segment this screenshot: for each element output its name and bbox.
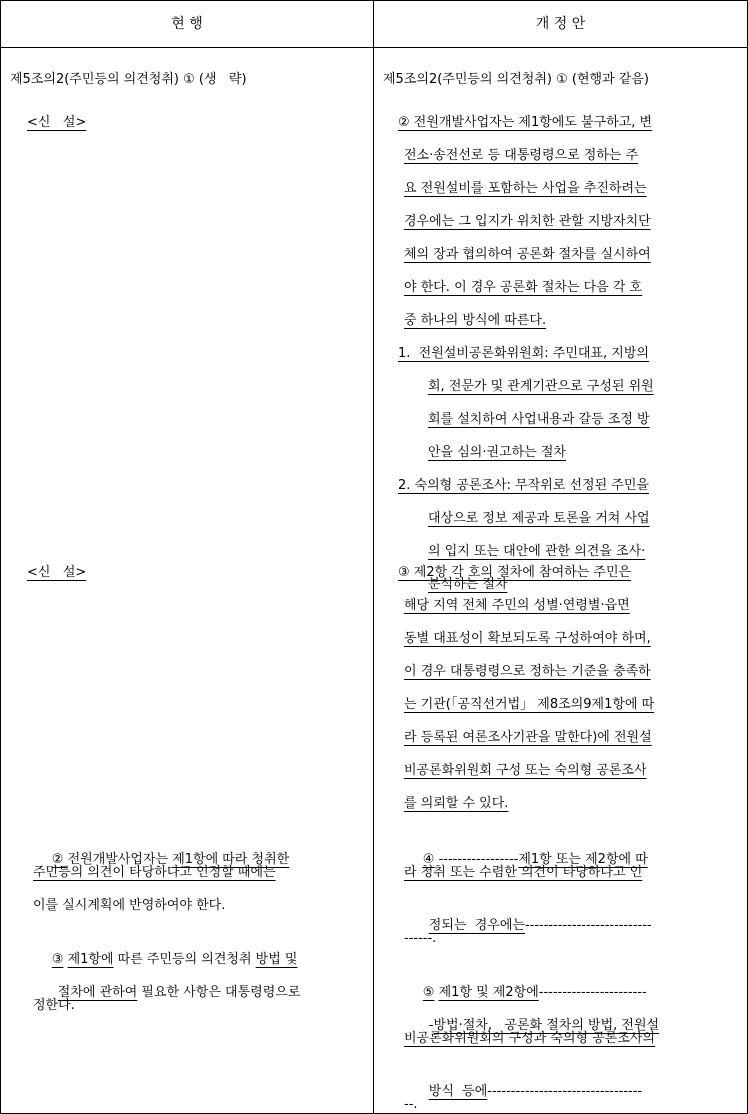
proposed-article-title: 제5조의2(주민등의 의견청취) ① (현행과 같음) <box>383 70 649 90</box>
proposed-para2-line: ② 전원개발사업자는 제1항에도 불구하고, 변 <box>398 113 652 133</box>
proposed-para5-line5: --. <box>404 1095 418 1114</box>
proposed-para4-line3: 정되는 경우에는--------------------------- <box>404 896 652 916</box>
comparison-table: 현 행 개 정 안 제5조의2(주민등의 의견청취) ① (생 략) <신 설>… <box>0 0 748 1114</box>
proposed-item2-line: 대상으로 정보 제공과 토론을 거쳐 사업 <box>428 509 650 529</box>
proposed-para3-line: 는 기관(「공직선거법」 제8조의9제1항에 따 <box>404 695 654 715</box>
column-divider <box>373 1 374 1113</box>
proposed-item1-line: 회를 설치하여 사업내용과 갈등 조정 방 <box>428 410 650 430</box>
changed-text: 정되는 경우에는 <box>429 918 525 933</box>
proposed-item1-line: 1. 전원설비공론화위원회: 주민대표, 지방의 <box>398 344 649 364</box>
current-para3-line1: ③ 제1항에 따른 주민등의 의견청취 방법 및 <box>27 930 297 950</box>
proposed-para2-line: 야 한다. 이 경우 공론화 절차는 다음 각 호 <box>404 278 642 298</box>
header-proposed: 개 정 안 <box>374 1 747 47</box>
current-para3-line3: 정한다. <box>33 996 75 1016</box>
current-para2-line2: 주민등의 의견이 타당하다고 인정할 때에는 <box>33 863 276 883</box>
proposed-para2-line: 중 하나의 방식에 따른다. <box>404 311 546 331</box>
proposed-item1-line: 회, 전문가 및 관계기관으로 구성된 위원 <box>428 377 654 397</box>
proposed-para4-line1: ④ -----------------제1항 또는 제2항에 따 <box>398 830 648 850</box>
current-para3-line2: 절차에 관하여 필요한 사항은 대통령령으로 <box>33 963 300 983</box>
proposed-para2-line: 요 전원설비를 포함하는 사업을 추진하려는 <box>404 179 647 199</box>
unchanged-dashes: --------------------------------- <box>487 1084 642 1099</box>
current-para2-line1: ② 전원개발사업자는 제1항에 따라 청취한 <box>27 830 365 850</box>
proposed-para5-line3: 비공론화위원회의 구성과 숙의형 공론조사의 <box>404 1029 655 1049</box>
proposed-para3-line: ③ 제2항 각 호의 절차에 참여하는 주민은 <box>398 563 631 583</box>
proposed-item2-line: 2. 숙의형 공론조사: 무작위로 선정된 주민을 <box>398 476 649 496</box>
proposed-para4-line2: 라 청취 또는 수렴한 의견이 타당하다고 인 <box>404 863 642 883</box>
proposed-item1-line: 안을 심의·권고하는 절차 <box>428 443 566 463</box>
proposed-para3-line: 이 경우 대통령령으로 정하는 기준을 충족하 <box>404 662 651 682</box>
proposed-item2-line: 의 입지 또는 대안에 관한 의견을 조사· <box>428 542 645 562</box>
table-header: 현 행 개 정 안 <box>1 1 747 48</box>
new-marker: <신 설> <box>27 563 86 583</box>
new-marker: <신 설> <box>27 113 86 133</box>
proposed-para2-line: 경우에는 그 입지가 위치한 관할 지방자치단 <box>404 212 651 232</box>
current-article-title: 제5조의2(주민등의 의견청취) ① (생 략) <box>10 70 247 90</box>
text: 필요한 사항은 대통령령으로 <box>137 985 300 1000</box>
proposed-para3-line: 동별 대표성이 확보되도록 구성하여야 하며, <box>404 629 651 649</box>
unchanged-dashes: --------------------------- <box>525 918 652 933</box>
proposed-para5-line2: -방법·절차, 공론화 절차의 방법, 전원설 <box>404 996 659 1016</box>
header-current: 현 행 <box>1 1 373 47</box>
proposed-para3-line: 비공론화위원회 구성 또는 숙의형 공론조사 <box>404 761 647 781</box>
changed-text: 방식 등에 <box>429 1084 488 1099</box>
proposed-para5-line1: ⑤ 제1항 및 제2항에----------------------- <box>398 963 647 983</box>
proposed-para2-line: 체의 장과 협의하여 공론화 절차를 실시하여 <box>404 245 651 265</box>
current-para2-line3: 이를 실시계획에 반영하여야 한다. <box>33 896 225 916</box>
proposed-para5-line4: 방식 등에--------------------------------- <box>404 1062 642 1082</box>
proposed-para2-line: 전소·송전선로 등 대통령령으로 정하는 주 <box>404 146 638 166</box>
proposed-para3-line: 해당 지역 전체 주민의 성별·연령별·읍면 <box>404 596 630 616</box>
proposed-para4-line4: ------. <box>404 929 436 949</box>
proposed-para3-line: 라 등록된 여론조사기관을 말한다)에 전원설 <box>404 728 652 748</box>
proposed-para3-line: 를 의뢰할 수 있다. <box>404 794 508 814</box>
